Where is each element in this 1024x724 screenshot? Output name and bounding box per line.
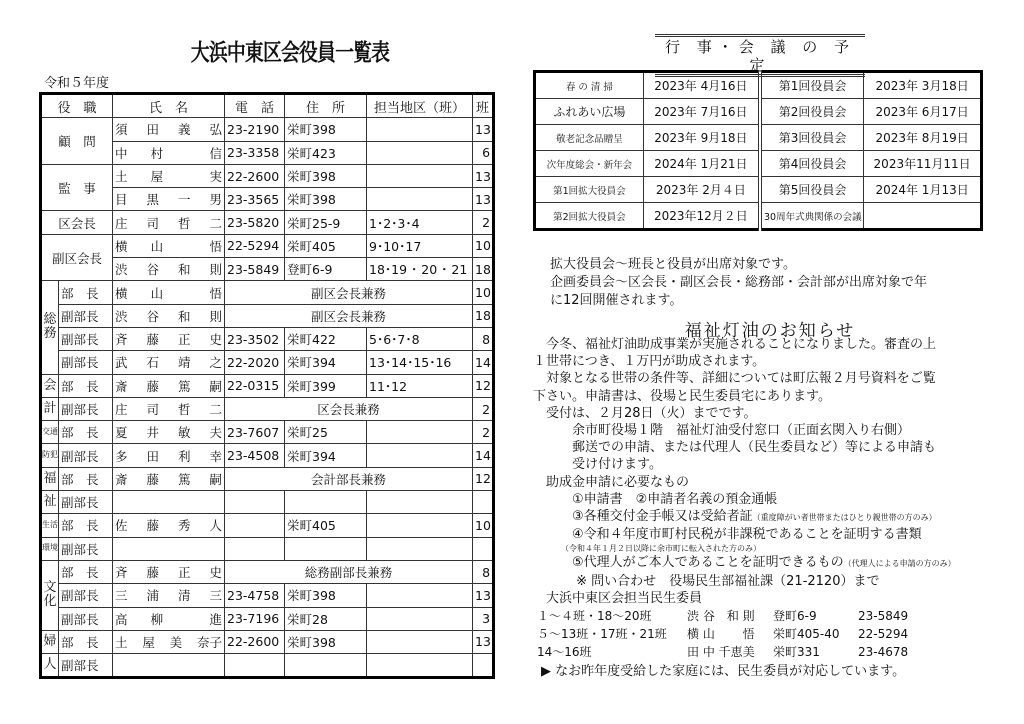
name-cell: 斎藤篤嗣 (113, 374, 225, 397)
tel-cell: 23-2190 (225, 118, 285, 141)
name-char: 則 (209, 260, 222, 278)
address-cell: 登町6-9 (285, 258, 367, 281)
name-char: 信 (209, 144, 222, 162)
committee-contacts: １～４班・18～20班渋 谷 和 則登町6-923-5849５～13班・17班・… (537, 607, 993, 661)
name-char: 斎 (115, 377, 128, 395)
roster-title: 大浜中東区会役員一覧表 (159, 34, 421, 67)
table-row: 副部長斉藤正史23-3502栄町4225･6･7･88 (41, 327, 494, 350)
address-cell (285, 537, 367, 560)
roster-header-row: 役 職 氏 名 電 話 住 所 担当地区（班） 班 (41, 94, 494, 118)
schedule-row: 敬老記念品贈呈 2023年 9月18日 第3回役員会 2023年 8月19日 (535, 125, 982, 151)
name-char: 嗣 (209, 377, 222, 395)
han-cell: 10 (473, 234, 494, 257)
name-char: 土 (115, 167, 128, 185)
contact-name: 横 山 悟 (687, 625, 773, 643)
position-cell: 部 長 (59, 514, 113, 537)
item-5-text: ⑤代理人がご本人であることを証明できるもの (533, 555, 844, 570)
schedule-row: 次年度総会・新年会 2024年 1月21日 第4回役員会 2023年11月11日 (535, 151, 982, 177)
notice-line: 助成金申請に必要なもの (533, 474, 993, 491)
schedule-row: 春 の 清 掃 2023年 4月16日 第1回役員会 2023年 3月18日 (535, 72, 982, 99)
name-char: 屋 (151, 167, 164, 185)
name-cell: 横山悟 (113, 281, 225, 304)
address-cell: 栄町398 (285, 584, 367, 607)
area-cell: 18･19 ･ 20 ･ 21 (367, 258, 473, 281)
name-cell (113, 537, 225, 560)
name-char: 目 (115, 190, 128, 208)
notice-line: 今冬、福祉灯油助成事業が実施されることになりました。審査の上 (533, 336, 993, 353)
position-cell: 副部長 (59, 397, 113, 420)
area-cell (367, 444, 473, 467)
name-char: 三 (115, 586, 128, 604)
name-char: 庄 (115, 400, 128, 418)
meeting-date: 2023年11月11日 (864, 151, 982, 177)
han-cell: 2 (473, 397, 494, 420)
address-cell: 栄町28 (285, 607, 367, 630)
meeting-date (864, 203, 982, 230)
contact-tel: 23-4678 (858, 643, 938, 661)
name-cell: 庄司哲二 (113, 397, 225, 420)
name-char: 夫 (209, 423, 222, 441)
han-cell (473, 537, 494, 560)
contact-area: ５～13班・17班・21班 (537, 625, 687, 643)
name-cell: 渋谷和則 (113, 258, 225, 281)
contact-tel: 22-5294 (858, 625, 938, 643)
name-char: 横 (115, 237, 128, 255)
name-char: 山 (151, 237, 164, 255)
name-char: 史 (209, 330, 222, 348)
contact-addr: 栄町331 (773, 643, 858, 661)
tel-cell: 23-3358 (225, 141, 285, 164)
name-cell (113, 491, 225, 514)
area-cell: 11･12 (367, 374, 473, 397)
notice-line: 受け付けます。 (533, 456, 993, 473)
item-5-note: （代理人による申請の方のみ） (844, 559, 956, 568)
table-row: 副部長三浦清三23-4758栄町39813 (41, 584, 494, 607)
meeting-date: 2023年 6月17日 (864, 99, 982, 125)
note-cell: 会計部長兼務 (225, 467, 473, 490)
name-char: 柳 (151, 610, 164, 628)
name-cell: 斉藤正史 (113, 560, 225, 583)
committee-title: 大浜中東区会担当民生委員 (533, 590, 993, 607)
han-cell: 6 (473, 141, 494, 164)
name-cell: 武石靖之 (113, 351, 225, 374)
section-label: 福 (41, 467, 59, 490)
table-row: 副部長武石靖之22-2020栄町39413･14･15･1614 (41, 351, 494, 374)
officer-roster-table: 役 職 氏 名 電 話 住 所 担当地区（班） 班 顧 問須田義弘23-2190… (39, 92, 495, 679)
required-item-3: ③各種交付金手帳又は受給者証（重度障がい者世帯またはひとり親世帯の方のみ） (533, 508, 993, 526)
address-cell: 栄町394 (285, 351, 367, 374)
tel-cell: 22-2020 (225, 351, 285, 374)
name-char: 則 (209, 307, 222, 325)
note-cell: 総務副部長兼務 (225, 560, 473, 583)
han-cell: 18 (473, 258, 494, 281)
table-row: 監 事土屋実22-2600栄町39813 (41, 164, 494, 187)
name-cell: 三浦清三 (113, 584, 225, 607)
position-cell: 副部長 (59, 351, 113, 374)
meeting-name: 第3回役員会 (760, 125, 864, 151)
schedule-body: 春 の 清 掃 2023年 4月16日 第1回役員会 2023年 3月18日 ふ… (535, 72, 982, 230)
contact-area: １～４班・18～20班 (537, 607, 687, 625)
name-char: 谷 (147, 307, 160, 325)
notice-line: 対象となる世帯の条件等、詳細については町広報２月号資料をご覧 (533, 370, 993, 387)
address-cell: 栄町399 (285, 374, 367, 397)
section-label: 計 (41, 397, 59, 420)
position-cell: 部 長 (59, 374, 113, 397)
name-char: 悟 (209, 237, 222, 255)
meeting-date: 2023年 3月18日 (864, 72, 982, 99)
tel-cell (225, 654, 285, 678)
contact-name: 田 中 千恵美 (687, 643, 773, 661)
name-char: 奈子 (197, 633, 222, 651)
name-cell: 高柳進 (113, 607, 225, 630)
name-char: 浦 (147, 586, 160, 604)
name-char: 石 (147, 353, 160, 371)
tel-cell: 23-5849 (225, 258, 285, 281)
name-char: 藤 (147, 516, 160, 534)
meeting-name: 第2回役員会 (760, 99, 864, 125)
tel-cell: 22-0315 (225, 374, 285, 397)
area-cell (367, 654, 473, 678)
name-cell: 多田利幸 (113, 444, 225, 467)
event-date: 2023年 2月４日 (643, 177, 760, 203)
area-cell: 13･14･15･16 (367, 351, 473, 374)
name-char: 谷 (147, 260, 160, 278)
note-line: 企画委員会～区会長・副区会長・総務部・会計部が出席対象で年 (550, 274, 990, 292)
position-cell: 部 長 (59, 630, 113, 653)
table-row: 会部 長斎藤篤嗣22-0315栄町39911･1212 (41, 374, 494, 397)
name-char: 渋 (115, 260, 128, 278)
note-line: に12回開催されます。 (550, 292, 990, 310)
address-cell: 栄町405 (285, 514, 367, 537)
position-cell: 部 長 (59, 560, 113, 583)
name-char: 中 (115, 144, 128, 162)
name-char: 和 (178, 260, 191, 278)
name-char: 二 (209, 214, 222, 232)
header-han: 班 (473, 94, 494, 118)
meeting-name: 第1回役員会 (760, 72, 864, 99)
han-cell (473, 654, 494, 678)
han-cell: 13 (473, 118, 494, 141)
section-label: 文化 (41, 560, 59, 630)
tel-cell: 23-3565 (225, 188, 285, 211)
event-date: 2023年12月２日 (643, 203, 760, 230)
notice-line: 余市町役場１階 福祉灯油受付窓口（正面玄関入り右側） (533, 422, 993, 439)
address-cell: 栄町422 (285, 327, 367, 350)
name-char: 田 (147, 120, 160, 138)
name-char: 幸 (209, 447, 222, 465)
header-role: 役 職 (41, 94, 113, 118)
name-cell: 中村信 (113, 141, 225, 164)
name-char: 藤 (147, 563, 160, 581)
notice-line: 受付は、２月28日（火）までです。 (533, 405, 993, 422)
contact-area: 14～16班 (537, 643, 687, 661)
han-cell: 13 (473, 584, 494, 607)
section-label: 総務 (41, 281, 59, 374)
address-cell: 栄町398 (285, 188, 367, 211)
section-char: 文 (42, 581, 58, 595)
section-label: 環境 (41, 537, 59, 560)
name-char: 一 (178, 190, 191, 208)
name-char: 斉 (115, 563, 128, 581)
roster-body: 顧 問須田義弘23-2190栄町39813中村信23-3358栄町4236監 事… (41, 118, 494, 678)
name-cell: 目黒一男 (113, 188, 225, 211)
schedule-table: 春 の 清 掃 2023年 4月16日 第1回役員会 2023年 3月18日 ふ… (533, 70, 983, 231)
han-cell: 14 (473, 351, 494, 374)
name-char: 靖 (178, 353, 191, 371)
contact-tel: 23-5849 (858, 607, 938, 625)
tel-cell (225, 491, 285, 514)
inquiry-line: ※ 問い合わせ 役場民生部福祉課（21-2120）まで (533, 573, 993, 590)
event-name: 春 の 清 掃 (535, 72, 644, 99)
event-date: 2023年 9月18日 (643, 125, 760, 151)
address-cell: 栄町405 (285, 234, 367, 257)
table-row: 区会長庄司哲二23-5820栄町25-91･2･3･42 (41, 211, 494, 234)
name-char: 屋 (142, 633, 155, 651)
name-char: 哲 (178, 400, 191, 418)
required-item-5: ⑤代理人がご本人であることを証明できるもの（代理人による申請の方のみ） (533, 554, 993, 572)
area-cell (367, 188, 473, 211)
section-char: 総 (42, 313, 58, 327)
han-cell: 12 (473, 374, 494, 397)
position-cell: 副部長 (59, 444, 113, 467)
section-label: 人 (41, 654, 59, 678)
name-char: 藤 (147, 330, 160, 348)
position-cell: 副部長 (59, 654, 113, 678)
position-cell: 部 長 (59, 467, 113, 490)
footer-note: ▶ なお昨年度受給した家庭には、民生委員が対応しています。 (541, 663, 993, 680)
han-cell: 10 (473, 281, 494, 304)
table-row: 人副部長 (41, 654, 494, 678)
position-cell: 部 長 (59, 281, 113, 304)
table-row: 生活部 長佐藤秀人栄町40510 (41, 514, 494, 537)
section-label: 生活 (41, 514, 59, 537)
area-cell: 5･6･7･8 (367, 327, 473, 350)
meeting-name: 30周年式典関係の会議 (760, 203, 864, 230)
name-char: 哲 (178, 214, 191, 232)
role-cell: 副区会長 (41, 234, 113, 281)
area-cell (367, 630, 473, 653)
name-char: 篤 (178, 377, 191, 395)
name-char: 利 (178, 447, 191, 465)
name-char: 藤 (147, 377, 160, 395)
section-label: 祉 (41, 491, 59, 514)
header-name: 氏 名 (113, 94, 225, 118)
address-cell: 栄町398 (285, 630, 367, 653)
name-char: 義 (178, 120, 191, 138)
name-char: 人 (209, 516, 222, 534)
name-char: 横 (115, 284, 128, 302)
event-date: 2023年 7月16日 (643, 99, 760, 125)
tel-cell: 22-2600 (225, 164, 285, 187)
area-cell (367, 584, 473, 607)
table-row: 副部長高柳進23-7196栄町283 (41, 607, 494, 630)
role-cell: 顧 問 (41, 118, 113, 165)
position-cell: 副部長 (59, 584, 113, 607)
name-char: 男 (209, 190, 222, 208)
meeting-name: 第5回役員会 (760, 177, 864, 203)
name-cell: 夏井敏夫 (113, 421, 225, 444)
address-cell: 栄町423 (285, 141, 367, 164)
name-char: 藤 (147, 470, 160, 488)
section-char: 化 (42, 595, 58, 609)
name-char: 須 (115, 120, 128, 138)
han-cell: 2 (473, 211, 494, 234)
notice-line: １世帯につき、１万円が助成されます。 (533, 353, 993, 370)
tel-cell: 23-3502 (225, 327, 285, 350)
contact-addr: 栄町405-40 (773, 625, 858, 643)
section-label: 交通 (41, 421, 59, 444)
han-cell: 3 (473, 607, 494, 630)
contact-name: 渋 谷 和 則 (687, 607, 773, 625)
han-cell: 18 (473, 304, 494, 327)
name-char: 土 (115, 633, 128, 651)
position-cell: 副部長 (59, 327, 113, 350)
name-char: 山 (151, 284, 164, 302)
meeting-notes: 拡大役員会～班長と役員が出席対象です。 企画委員会～区会長・副区会長・総務部・会… (550, 256, 990, 310)
address-cell (285, 654, 367, 678)
position-cell: 副部長 (59, 607, 113, 630)
name-char: 武 (115, 353, 128, 371)
table-row: 祉副部長 (41, 491, 494, 514)
contact-addr: 登町6-9 (773, 607, 858, 625)
name-char: 清 (178, 586, 191, 604)
area-cell (367, 514, 473, 537)
table-row: 文化部 長斉藤正史総務副部長兼務8 (41, 560, 494, 583)
item-4-note: （令和４年１月２日以降に余市町に転入された方のみ） (533, 543, 993, 554)
name-char: 美 (170, 633, 183, 651)
table-row: 副部長渋谷和則副区会長兼務18 (41, 304, 494, 327)
name-cell: 須田義弘 (113, 118, 225, 141)
table-row: 総務部 長横山悟副区会長兼務10 (41, 281, 494, 304)
han-cell: 2 (473, 421, 494, 444)
name-char: 庄 (115, 214, 128, 232)
name-char: 実 (209, 167, 222, 185)
name-char: 村 (151, 144, 164, 162)
area-cell: 1･2･3･4 (367, 211, 473, 234)
name-char: 和 (178, 307, 191, 325)
name-char: 高 (115, 610, 128, 628)
name-char: 斉 (115, 330, 128, 348)
name-char: 史 (209, 563, 222, 581)
name-char: 二 (209, 400, 222, 418)
tel-cell: 23-7607 (225, 421, 285, 444)
han-cell: 12 (473, 467, 494, 490)
notice-line: 郵送での申請、または代理人（民生委員など）等による申請も (533, 439, 993, 456)
event-name: 第2回拡大役員会 (535, 203, 644, 230)
tel-cell: 22-5294 (225, 234, 285, 257)
table-row: 福部 長斎藤篤嗣会計部長兼務12 (41, 467, 494, 490)
name-char: 正 (178, 563, 191, 581)
name-cell: 土屋実 (113, 164, 225, 187)
meeting-date: 2023年 8月19日 (864, 125, 982, 151)
role-cell: 監 事 (41, 164, 113, 211)
address-cell: 栄町394 (285, 444, 367, 467)
required-item-4: ④令和４年度市町村民税が非課税であることを証明する書類 (533, 526, 993, 543)
han-cell: 10 (473, 514, 494, 537)
name-char: 之 (209, 353, 222, 371)
name-cell: 佐藤秀人 (113, 514, 225, 537)
area-cell (367, 118, 473, 141)
name-char: 黒 (147, 190, 160, 208)
name-char: 井 (147, 423, 160, 441)
name-char: 司 (147, 400, 160, 418)
han-cell: 13 (473, 630, 494, 653)
event-name: 敬老記念品贈呈 (535, 125, 644, 151)
position-cell: 副部長 (59, 537, 113, 560)
notice-line: 下さい。申請書は、役場と民生委員宅にあります。 (533, 388, 993, 405)
name-char: 三 (209, 586, 222, 604)
name-char: 佐 (115, 516, 128, 534)
position-cell: 部 長 (59, 421, 113, 444)
tel-cell (225, 514, 285, 537)
table-row: 顧 問須田義弘23-2190栄町39813 (41, 118, 494, 141)
role-cell: 区会長 (41, 211, 113, 234)
table-row: 副区会長横山悟22-5294栄町4059･10･1710 (41, 234, 494, 257)
tel-cell: 23-4758 (225, 584, 285, 607)
header-address: 住 所 (285, 94, 367, 118)
notice-body: 今冬、福祉灯油助成事業が実施されることになりました。審査の上 １世帯につき、１万… (533, 336, 993, 680)
address-cell: 栄町398 (285, 164, 367, 187)
section-label: 防犯 (41, 444, 59, 467)
address-cell (285, 491, 367, 514)
name-cell: 庄司哲二 (113, 211, 225, 234)
event-date: 2024年 1月21日 (643, 151, 760, 177)
han-cell: 13 (473, 164, 494, 187)
name-char: 夏 (115, 423, 128, 441)
tel-cell: 23-7196 (225, 607, 285, 630)
meeting-date: 2024年 1月13日 (864, 177, 982, 203)
fiscal-year: 令和５年度 (44, 72, 109, 91)
tel-cell (225, 537, 285, 560)
tel-cell: 23-4508 (225, 444, 285, 467)
han-cell: 8 (473, 327, 494, 350)
section-label: 婦 (41, 630, 59, 653)
meeting-name: 第4回役員会 (760, 151, 864, 177)
event-date: 2023年 4月16日 (643, 72, 760, 99)
han-cell: 8 (473, 560, 494, 583)
tel-cell: 22-2600 (225, 630, 285, 653)
name-char: 敏 (178, 423, 191, 441)
header-area: 担当地区（班） (367, 94, 473, 118)
table-row: 交通部 長夏井敏夫23-7607栄町252 (41, 421, 494, 444)
section-label: 会 (41, 374, 59, 397)
name-char: 司 (147, 214, 160, 232)
han-cell (473, 491, 494, 514)
area-cell (367, 491, 473, 514)
tel-cell: 23-5820 (225, 211, 285, 234)
item-3-note: （重度障がい者世帯またはひとり親世帯の方のみ） (753, 513, 937, 522)
area-cell (367, 421, 473, 444)
notice-line: ①申請書 ②申請者名義の預金通帳 (533, 491, 993, 508)
name-char: 嗣 (209, 470, 222, 488)
table-row: 防犯副部長多田利幸23-4508栄町39414 (41, 444, 494, 467)
name-char: 渋 (115, 307, 128, 325)
position-cell: 副部長 (59, 304, 113, 327)
name-cell: 土屋美奈子 (113, 630, 225, 653)
table-row: 環境副部長 (41, 537, 494, 560)
area-cell (367, 141, 473, 164)
address-cell: 栄町398 (285, 118, 367, 141)
area-cell (367, 537, 473, 560)
address-cell: 栄町25 (285, 421, 367, 444)
table-row: 計副部長庄司哲二区会長兼務2 (41, 397, 494, 420)
name-char: 田 (147, 447, 160, 465)
name-char: 弘 (209, 120, 222, 138)
event-name: 第1回拡大役員会 (535, 177, 644, 203)
header-tel: 電 話 (225, 94, 285, 118)
name-cell: 横山悟 (113, 234, 225, 257)
name-cell: 渋谷和則 (113, 304, 225, 327)
